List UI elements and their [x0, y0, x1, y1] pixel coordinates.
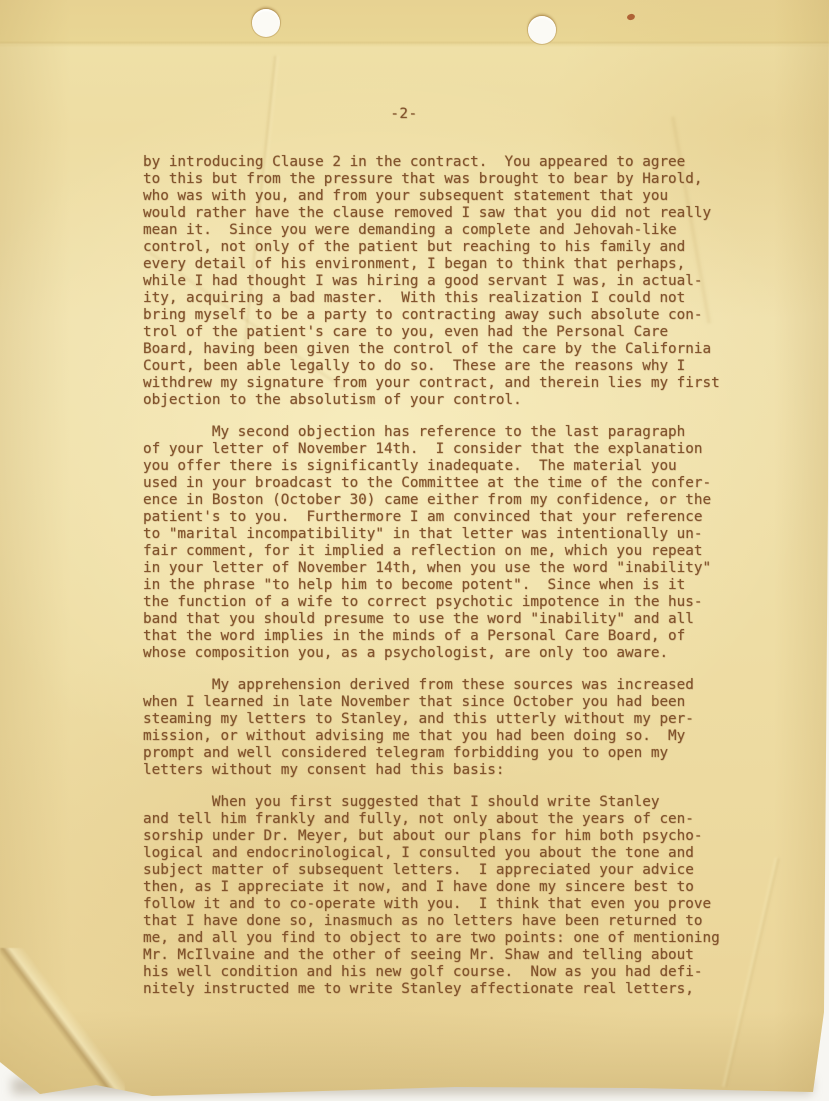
typewritten-content: -2- by introducing Clause 2 in the contr… [143, 106, 763, 1013]
punch-hole-right [528, 16, 556, 44]
paragraph: My apprehension derived from these sourc… [143, 677, 763, 779]
paragraph: When you first suggested that I should w… [143, 794, 763, 998]
page-number: -2- [143, 106, 665, 123]
letter-body: by introducing Clause 2 in the contract.… [143, 154, 763, 998]
paragraph: My second objection has reference to the… [143, 424, 763, 662]
paragraph: by introducing Clause 2 in the contract.… [143, 154, 763, 409]
paper-top-fold-line [0, 42, 829, 45]
punch-hole-left [252, 9, 280, 37]
paper-sheet: -2- by introducing Clause 2 in the contr… [0, 0, 829, 1101]
scanned-letter-page: -2- by introducing Clause 2 in the contr… [0, 0, 829, 1101]
ink-stain-dot [626, 13, 635, 21]
